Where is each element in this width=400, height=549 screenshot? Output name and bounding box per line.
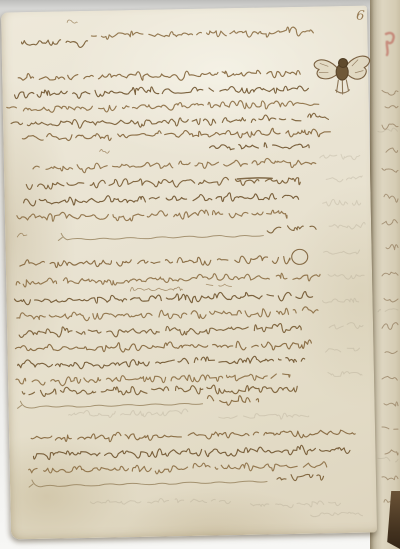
bird-head — [338, 58, 347, 67]
bird-tail — [335, 80, 349, 94]
handwritten-paragraph-1 — [6, 68, 330, 155]
bird-left-wing — [314, 60, 338, 80]
bird-sketch — [310, 47, 373, 100]
red-stamp-mark — [382, 30, 398, 58]
folio-number: 6 — [355, 8, 365, 24]
manuscript-photo: 6 — [0, 0, 400, 549]
handwritten-paragraph-2 — [16, 158, 317, 242]
handwritten-header-line — [21, 15, 313, 48]
verso-show-through — [64, 154, 371, 521]
handwritten-paragraph-3 — [14, 249, 323, 409]
manuscript-page: 6 — [1, 6, 377, 540]
handwritten-paragraph-4 — [28, 428, 356, 487]
